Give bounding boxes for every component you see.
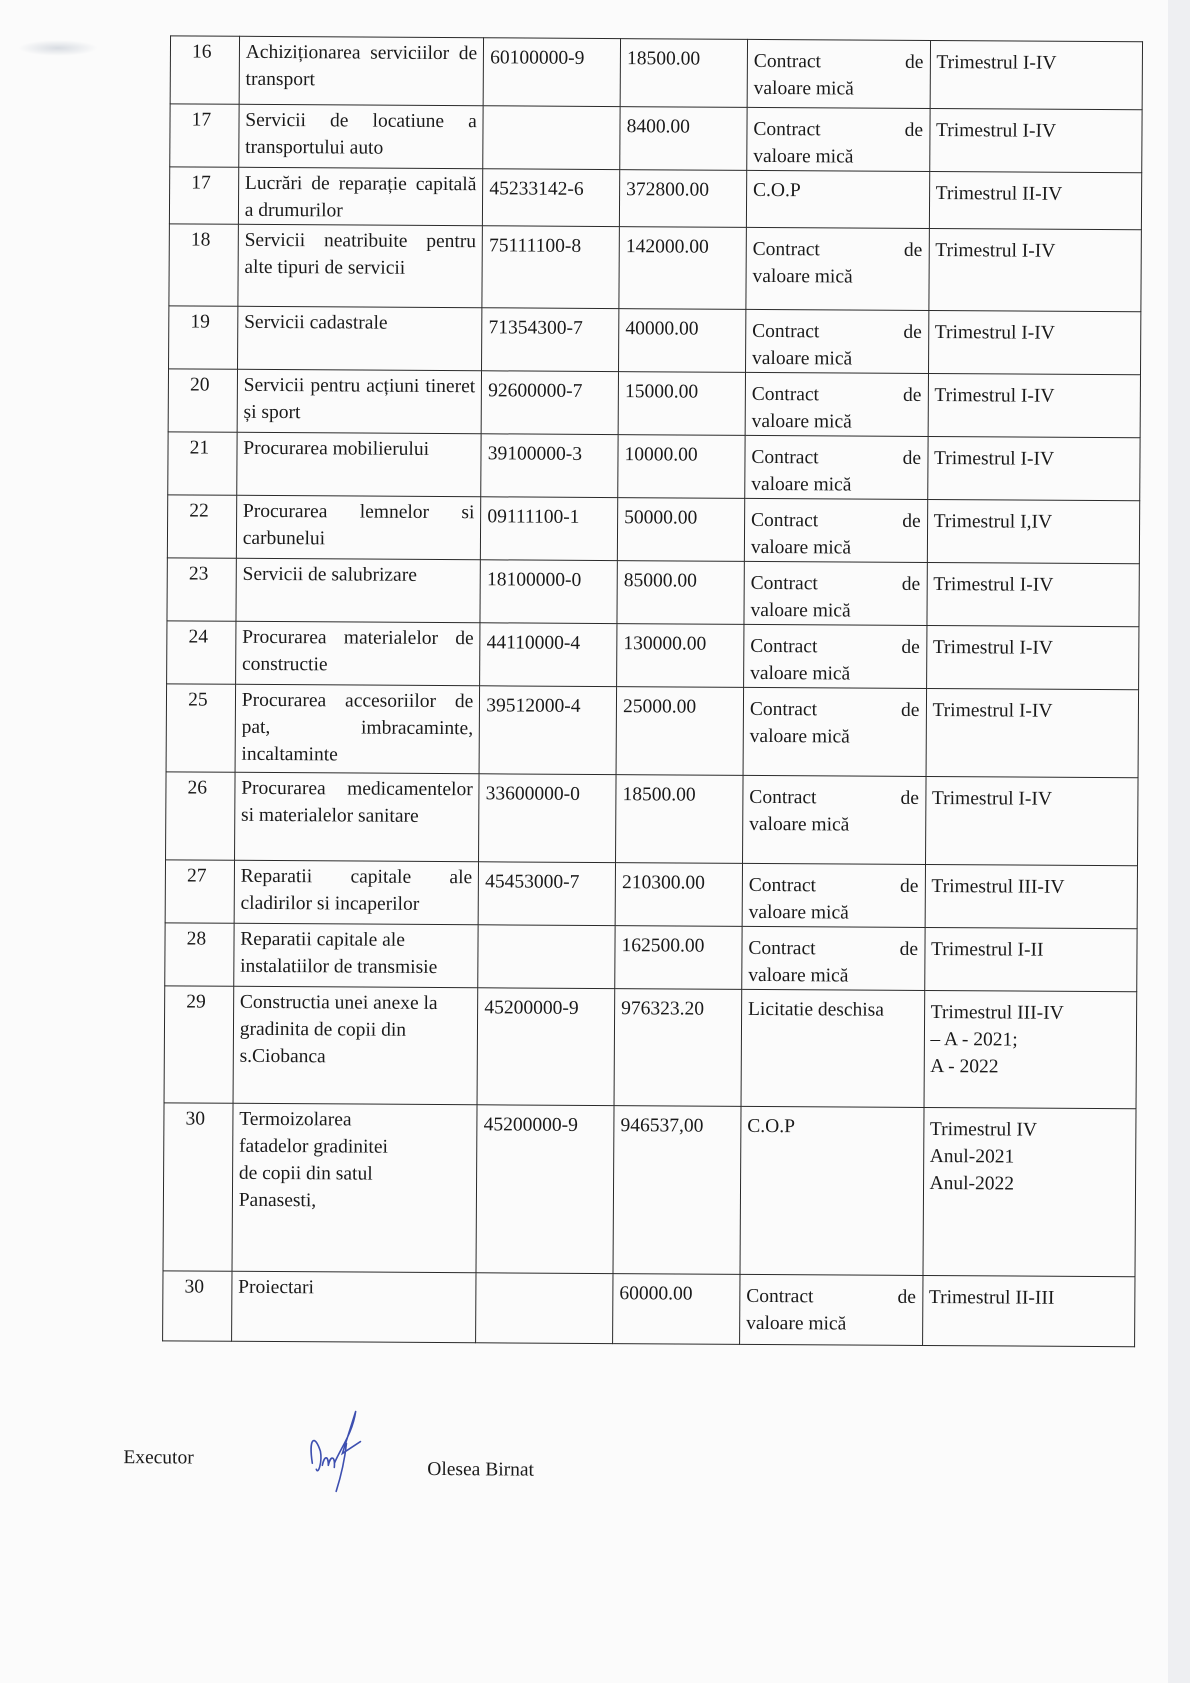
period-cell: Trimestrul I-IV [926,688,1139,777]
estimated-value-cell: 15000.00 [618,372,745,436]
executor-label: Executor [123,1447,194,1469]
item-name-cell: Lucrări de reparație capitală a drumuril… [238,167,483,225]
estimated-value-cell: 210300.00 [615,863,742,927]
item-name-cell: Servicii de salubrizare [236,558,481,622]
period: Trimestrul I,IV [934,511,1053,533]
procurement-procedure-cell: Contractdevaloare mică [745,435,928,499]
cpv-code: 39512000-4 [486,695,580,717]
estimated-value-cell: 60000.00 [613,1274,740,1345]
cpv-code: 75111100-8 [489,235,581,257]
item-name-cell: Servicii cadastrale [237,306,482,370]
item-name-cell: Procurarea medicamentelor si materialelo… [234,772,479,861]
period: Trimestrul I-IV [936,120,1056,142]
estimated-value: 976323.20 [621,998,704,1020]
item-name: Servicii pentru acțiuni tineret și sport [243,375,475,423]
procurement-procedure: Contractdevaloare mică [753,110,923,171]
item-name: Servicii de salubrizare [242,564,416,586]
row-number: 21 [190,437,210,458]
cpv-code-cell: 09111100-1 [481,497,618,561]
cpv-code: 44110000-4 [487,632,581,654]
estimated-value: 162500.00 [622,935,705,957]
estimated-value: 10000.00 [625,444,698,465]
row-number-cell: 30 [163,1103,233,1271]
item-name: Constructia unei anexe la gradinita de c… [240,992,438,1068]
item-name-cell: Termoizolarea fatadelor gradinitei de co… [232,1103,478,1272]
cpv-code-cell: 45200000-9 [477,988,615,1106]
item-name: Procurarea materialelor de constructie [242,627,474,676]
table-row: 30Termoizolarea fatadelor gradinitei de … [163,1103,1136,1277]
procurement-procedure-cell: Contractdevaloare mică [745,309,928,373]
estimated-value: 142000.00 [626,236,709,258]
procurement-procedure: Contractdevaloare mică [754,42,924,103]
row-number: 22 [189,500,209,521]
procurement-procedure: Contractdevaloare mică [752,312,922,373]
table-row: 24Procurarea materialelor de constructie… [167,621,1139,690]
cpv-code-cell: 44110000-4 [480,623,617,687]
period-cell: Trimestrul II-IV [929,172,1142,230]
document-page: 16Achiziționarea serviciilor de transpor… [0,0,1190,1683]
table-row: 17Lucrări de reparație capitală a drumur… [169,167,1141,230]
period-cell: Trimestrul I-II [924,927,1137,991]
procurement-procedure: Contractdevaloare mică [750,627,920,688]
item-name: Reparatii capitale ale instalatiilor de … [240,929,437,978]
row-number: 18 [191,229,211,250]
cpv-code-cell: 45453000-7 [478,862,615,926]
period-cell: Trimestrul I-IV [930,41,1143,110]
estimated-value-cell: 18500.00 [616,775,743,864]
row-number: 23 [189,563,209,584]
cpv-code: 45453000-7 [485,871,579,893]
estimated-value-cell: 40000.00 [619,309,746,373]
item-name: Lucrări de reparație capitală a drumuril… [245,173,477,222]
period-cell: Trimestrul I-IV [927,436,1140,500]
row-number-cell: 20 [168,369,237,432]
estimated-value-cell: 8400.00 [620,107,747,171]
row-number: 30 [184,1276,204,1297]
period: Trimestrul I-IV [934,448,1054,470]
row-number-cell: 17 [170,104,239,167]
row-number-cell: 24 [167,621,236,684]
item-name: Procurarea mobilierului [243,438,429,460]
procurement-procedure-cell: Contractdevaloare mică [742,863,925,927]
procurement-procedure: Contractdevaloare mică [752,230,922,291]
period: Trimestrul III-IV – A - 2021; A - 2022 [930,1002,1064,1077]
estimated-value: 50000.00 [624,507,697,528]
estimated-value: 15000.00 [625,381,698,402]
table-row: 23Servicii de salubrizare18100000-085000… [167,558,1139,627]
period-cell: Trimestrul I,IV [927,499,1140,563]
estimated-value-cell: 50000.00 [617,498,744,562]
procurement-procedure: Contractdevaloare mică [748,929,918,990]
period-cell: Trimestrul I-IV [925,776,1138,865]
item-name: Achiziționarea serviciilor de transport [246,42,478,90]
row-number: 28 [187,928,207,949]
procurement-procedure-cell: Contractdevaloare mică [747,107,930,171]
cpv-code-cell: 18100000-0 [480,560,617,624]
period: Trimestrul I-IV [932,700,1052,722]
item-name: Servicii neatribuite pentru alte tipuri … [244,230,476,279]
procurement-procedure-cell: C.O.P [740,1106,924,1275]
period: Trimestrul I-IV [932,788,1052,810]
procurement-procedure-cell: Contractdevaloare mică [742,775,925,864]
cpv-code-cell: 39100000-3 [481,434,618,498]
procurement-plan-table: 16Achiziționarea serviciilor de transpor… [162,35,1143,1347]
period-cell: Trimestrul III-IV [925,864,1138,928]
period-cell: Trimestrul I-IV [929,109,1142,173]
period-cell: Trimestrul I-IV [926,625,1139,689]
row-number-cell: 19 [169,306,238,369]
row-number-cell: 22 [167,495,236,558]
item-name: Procurarea medicamentelor si materialelo… [241,778,473,827]
procurement-procedure-cell: Contractdevaloare mică [740,1274,923,1345]
procurement-procedure-cell: Contractdevaloare mică [744,624,927,688]
item-name-cell: Constructia unei anexe la gradinita de c… [233,986,478,1104]
row-number-cell: 18 [169,224,238,306]
table-row: 16Achiziționarea serviciilor de transpor… [170,36,1142,110]
cpv-code: 60100000-9 [490,47,584,69]
procurement-procedure-cell: Contractdevaloare mică [742,926,925,990]
cpv-code-cell: 45200000-9 [476,1105,614,1274]
estimated-value: 60000.00 [619,1283,692,1304]
estimated-value: 18500.00 [622,784,695,805]
period-cell: Trimestrul I-IV [928,229,1141,312]
table-row: 29Constructia unei anexe la gradinita de… [164,986,1137,1109]
table-row: 22Procurarea lemnelor si carbunelui09111… [167,495,1139,564]
procurement-procedure: Contractdevaloare mică [751,501,921,562]
estimated-value-cell: 976323.20 [614,989,742,1107]
cpv-code: 09111100-1 [487,506,579,528]
period: Trimestrul I-IV [933,637,1053,659]
item-name: Procurarea accesoriilor de pat, imbracam… [241,690,473,766]
period: Trimestrul I-IV [934,385,1054,407]
procurement-procedure: C.O.P [753,180,801,201]
cpv-code-cell: 45233142-6 [483,169,620,227]
period-cell: Trimestrul I-IV [928,310,1141,374]
cpv-code: 92600000-7 [488,380,582,402]
period: Trimestrul I-IV [936,52,1056,74]
estimated-value-cell: 85000.00 [617,561,744,625]
table-row: 30Proiectari60000.00Contractdevaloare mi… [163,1271,1135,1347]
cpv-code: 33600000-0 [486,783,580,805]
table-row: 18Servicii neatribuite pentru alte tipur… [169,224,1141,312]
row-number: 24 [188,626,208,647]
procurement-procedure: Contractdevaloare mică [746,1277,916,1338]
item-name: Servicii de locatiune a transportului au… [245,110,477,159]
item-name: Termoizolarea fatadelor gradinitei de co… [239,1109,388,1211]
period-cell: Trimestrul IV Anul-2021 Anul-2022 [923,1107,1136,1276]
row-number-cell: 23 [167,558,236,621]
procurement-procedure-cell: Contractdevaloare mică [745,372,928,436]
procurement-procedure-cell: Contractdevaloare mică [743,687,926,776]
cpv-code-cell: 75111100-8 [482,226,619,309]
procurement-procedure: Contractdevaloare mică [752,375,922,436]
estimated-value: 210300.00 [622,872,705,894]
cpv-code-cell: 60100000-9 [483,38,620,107]
period: Trimestrul IV Anul-2021 Anul-2022 [930,1119,1038,1195]
row-number-cell: 28 [165,923,234,986]
procurement-procedure-cell: Contractdevaloare mică [747,39,930,108]
period-cell: Trimestrul I-IV [926,562,1139,626]
period-cell: Trimestrul II-III [922,1275,1135,1346]
procurement-procedure-cell: C.O.P [746,170,929,228]
cpv-code-cell [476,1273,613,1344]
item-name-cell: Procurarea lemnelor si carbunelui [236,495,481,559]
item-name-cell: Servicii neatribuite pentru alte tipuri … [238,224,483,307]
item-name-cell: Reparatii capitale ale cladirilor si inc… [234,860,479,924]
item-name-cell: Servicii de locatiune a transportului au… [239,104,484,168]
procurement-procedure: Licitatie deschisa [748,999,884,1021]
procurement-procedure: Contractdevaloare mică [749,778,919,839]
procurement-procedure: C.O.P [747,1116,795,1137]
item-name: Reparatii capitale ale cladirilor si inc… [240,866,472,915]
procurement-procedure: Contractdevaloare mică [750,564,920,625]
estimated-value-cell: 130000.00 [617,624,744,688]
period: Trimestrul II-IV [936,183,1063,205]
row-number-cell: 17 [169,167,238,224]
item-name: Servicii cadastrale [244,312,388,334]
cpv-code: 45200000-9 [484,997,578,1019]
row-number-cell: 21 [168,432,237,495]
cpv-code-cell: 33600000-0 [479,774,616,863]
row-number-cell: 29 [164,986,234,1103]
procurement-procedure: Contractdevaloare mică [749,866,919,927]
procurement-procedure-cell: Contractdevaloare mică [746,227,929,310]
estimated-value: 8400.00 [627,116,691,137]
row-number: 19 [190,311,210,332]
cpv-code: 71354300-7 [488,317,582,339]
period: Trimestrul I-IV [935,240,1055,262]
table-row: 26Procurarea medicamentelor si materiale… [166,772,1139,866]
estimated-value: 25000.00 [623,696,696,717]
estimated-value: 130000.00 [623,633,706,655]
row-number-cell: 27 [165,860,234,923]
estimated-value-cell: 946537,00 [613,1106,741,1275]
row-number-cell: 26 [166,772,235,860]
item-name-cell: Proiectari [231,1271,476,1342]
row-number: 30 [186,1108,206,1129]
cpv-code: 18100000-0 [487,569,581,591]
procurement-procedure-cell: Contractdevaloare mică [744,561,927,625]
period-cell: Trimestrul I-IV [928,373,1141,437]
period-cell: Trimestrul III-IV – A - 2021; A - 2022 [924,990,1137,1108]
table-row: 19Servicii cadastrale71354300-740000.00C… [169,306,1141,375]
row-number-cell: 30 [163,1271,232,1341]
table-row: 17Servicii de locatiune a transportului … [170,104,1142,173]
item-name-cell: Reparatii capitale ale instalatiilor de … [234,923,479,987]
table-row: 20Servicii pentru acțiuni tineret și spo… [168,369,1140,438]
estimated-value-cell: 10000.00 [618,435,745,499]
period: Trimestrul II-III [929,1287,1055,1309]
item-name-cell: Procurarea mobilierului [237,432,482,496]
table-row: 25Procurarea accesoriilor de pat, imbrac… [166,684,1139,778]
item-name-cell: Achiziționarea serviciilor de transport [239,36,484,105]
estimated-value-cell: 372800.00 [619,170,746,228]
item-name: Procurarea lemnelor si carbunelui [243,501,475,550]
row-number: 20 [190,374,210,395]
period: Trimestrul I-II [931,939,1044,961]
procurement-procedure-cell: Contractdevaloare mică [744,498,927,562]
estimated-value-cell: 18500.00 [620,39,747,108]
row-number-cell: 25 [166,684,235,772]
cpv-code: 45233142-6 [489,178,583,200]
cpv-code-cell: 71354300-7 [482,308,619,372]
table-row: 21Procurarea mobilierului39100000-310000… [168,432,1140,501]
row-number: 26 [188,777,208,798]
cpv-code: 45200000-9 [484,1114,578,1136]
row-number-cell: 16 [170,36,239,104]
signer-name: Olesea Birnat [427,1459,534,1482]
row-number: 27 [187,865,207,886]
estimated-value-cell: 162500.00 [615,926,742,990]
item-name-cell: Procurarea materialelor de constructie [235,621,480,685]
estimated-value: 372800.00 [626,179,709,201]
estimated-value-cell: 25000.00 [616,687,743,776]
period: Trimestrul I-IV [935,322,1055,344]
period: Trimestrul III-IV [931,876,1064,898]
procurement-procedure: Contractdevaloare mică [751,438,921,499]
item-name-cell: Procurarea accesoriilor de pat, imbracam… [235,684,480,773]
cpv-code-cell [483,106,620,170]
cpv-code-cell: 39512000-4 [479,686,616,775]
row-number: 25 [188,689,208,710]
row-number: 16 [192,41,212,62]
cpv-code-cell: 92600000-7 [481,371,618,435]
table-row: 27Reparatii capitale ale cladirilor si i… [165,860,1137,929]
row-number: 29 [186,991,206,1012]
row-number: 17 [192,109,212,130]
cpv-code: 39100000-3 [488,443,582,465]
table-row: 28Reparatii capitale ale instalatiilor d… [165,923,1137,992]
estimated-value: 18500.00 [627,48,700,69]
row-number: 17 [191,172,211,193]
procurement-procedure: Contractdevaloare mică [750,690,920,751]
item-name-cell: Servicii pentru acțiuni tineret și sport [237,369,482,433]
estimated-value: 85000.00 [624,570,697,591]
estimated-value: 946537,00 [620,1115,703,1137]
item-name: Proiectari [238,1277,314,1298]
estimated-value-cell: 142000.00 [619,227,746,310]
procurement-procedure-cell: Licitatie deschisa [741,989,924,1107]
signature-icon [300,1403,391,1494]
period: Trimestrul I-IV [933,574,1053,596]
cpv-code-cell [478,925,615,989]
estimated-value: 40000.00 [625,318,698,339]
